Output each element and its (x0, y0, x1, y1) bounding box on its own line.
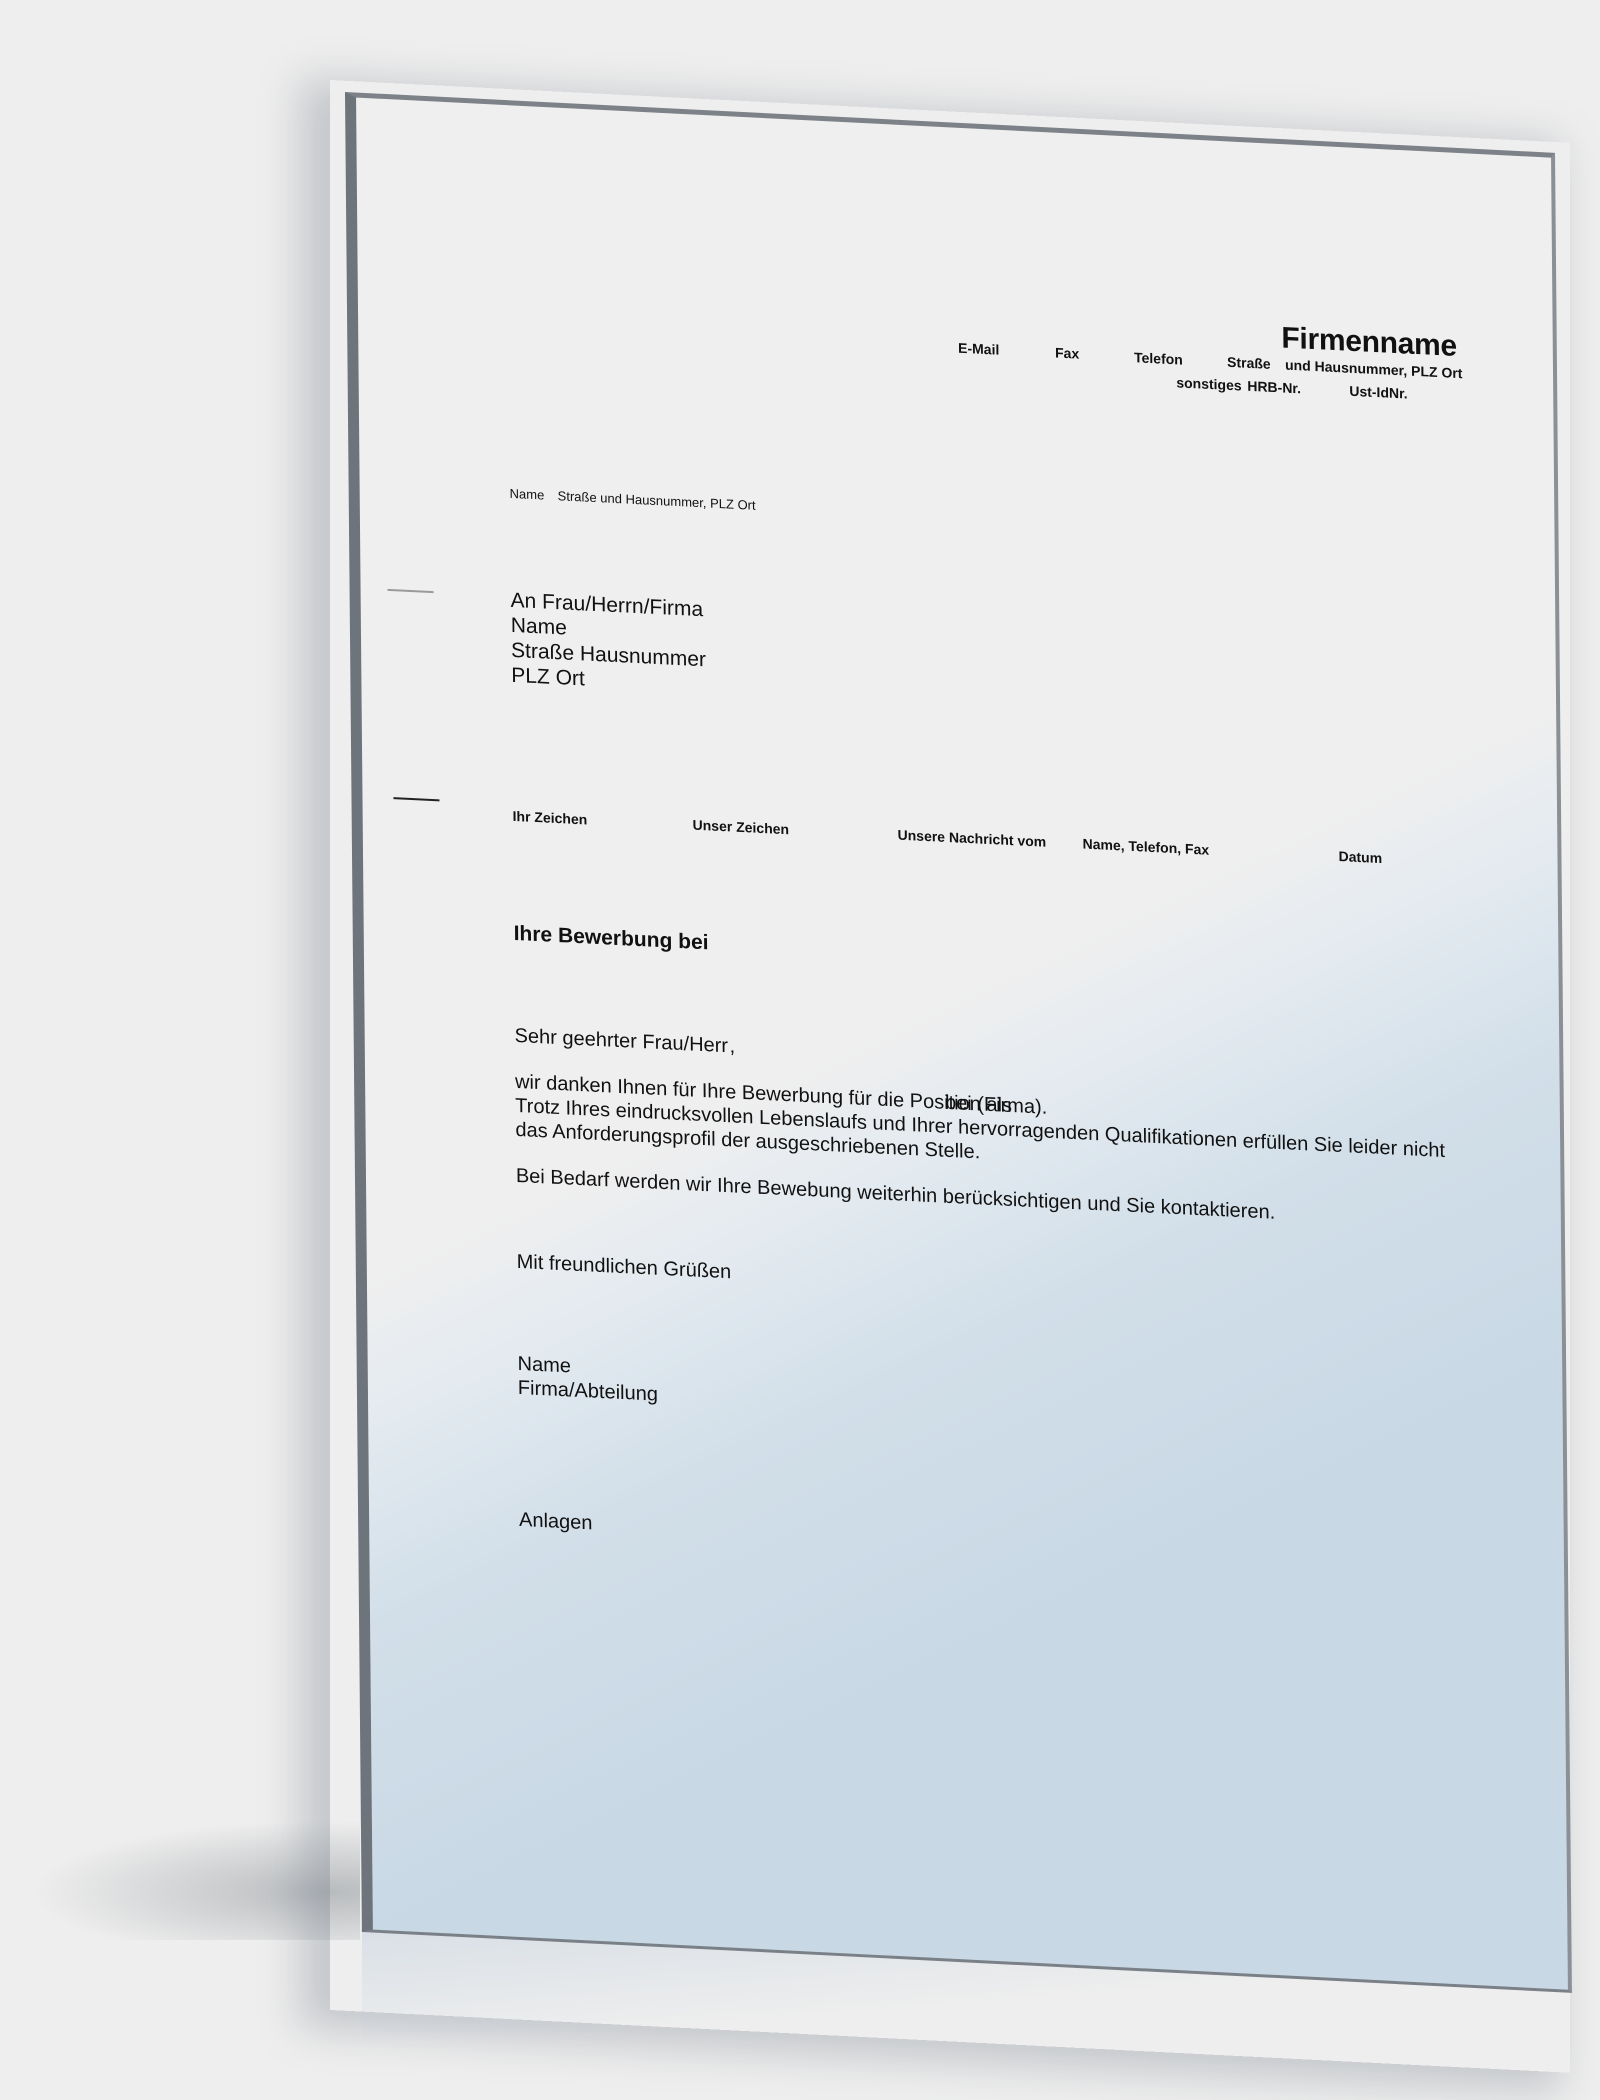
salutation: Sehr geehrter Frau/Herr (514, 1024, 728, 1058)
subject-line: Ihre Bewerbung bei (514, 922, 709, 955)
salutation-comma: , (729, 1034, 735, 1058)
letterhead-strasse: Straße (1227, 354, 1271, 372)
ref-unsere-nachricht: Unsere Nachricht vom (898, 827, 1047, 850)
signature-name: Name (518, 1352, 572, 1379)
enclosures: Anlagen (519, 1508, 593, 1536)
signature-department: Firma/Abteilung (518, 1376, 658, 1407)
letter-content: Firmenname E-Mail Fax Telefon Straße und… (356, 99, 1568, 1989)
paragraph-2: Bei Bedarf werden wir Ihre Bewebung weit… (516, 1164, 1276, 1225)
sender-name: Name (510, 486, 545, 503)
page-drop-shadow (30, 1820, 360, 1940)
letterhead-sonstiges: sonstiges (1176, 374, 1242, 393)
fold-mark-hole (393, 797, 439, 801)
recipient-line-2: Name (511, 613, 567, 641)
ref-name-telefon-fax: Name, Telefon, Fax (1083, 836, 1210, 858)
sender-address: Straße und Hausnummer, PLZ Ort (558, 488, 756, 513)
fold-mark-top (388, 589, 434, 593)
letterhead-hrb: HRB-Nr. (1247, 378, 1301, 397)
letterhead-email: E-Mail (958, 340, 999, 358)
closing: Mit freundlichen Grüßen (517, 1250, 732, 1284)
letterhead-telefon: Telefon (1134, 349, 1183, 367)
letter-page: Firmenname E-Mail Fax Telefon Straße und… (345, 92, 1572, 1993)
document-preview: Firmenname E-Mail Fax Telefon Straße und… (0, 0, 1600, 2100)
ref-ihr-zeichen: Ihr Zeichen (513, 808, 588, 828)
letterhead-fax: Fax (1055, 344, 1079, 361)
ref-datum: Datum (1338, 848, 1382, 866)
ref-unser-zeichen: Unser Zeichen (693, 817, 790, 838)
letterhead-ust-id: Ust-IdNr. (1349, 383, 1407, 402)
recipient-line-4: PLZ Ort (511, 663, 585, 692)
